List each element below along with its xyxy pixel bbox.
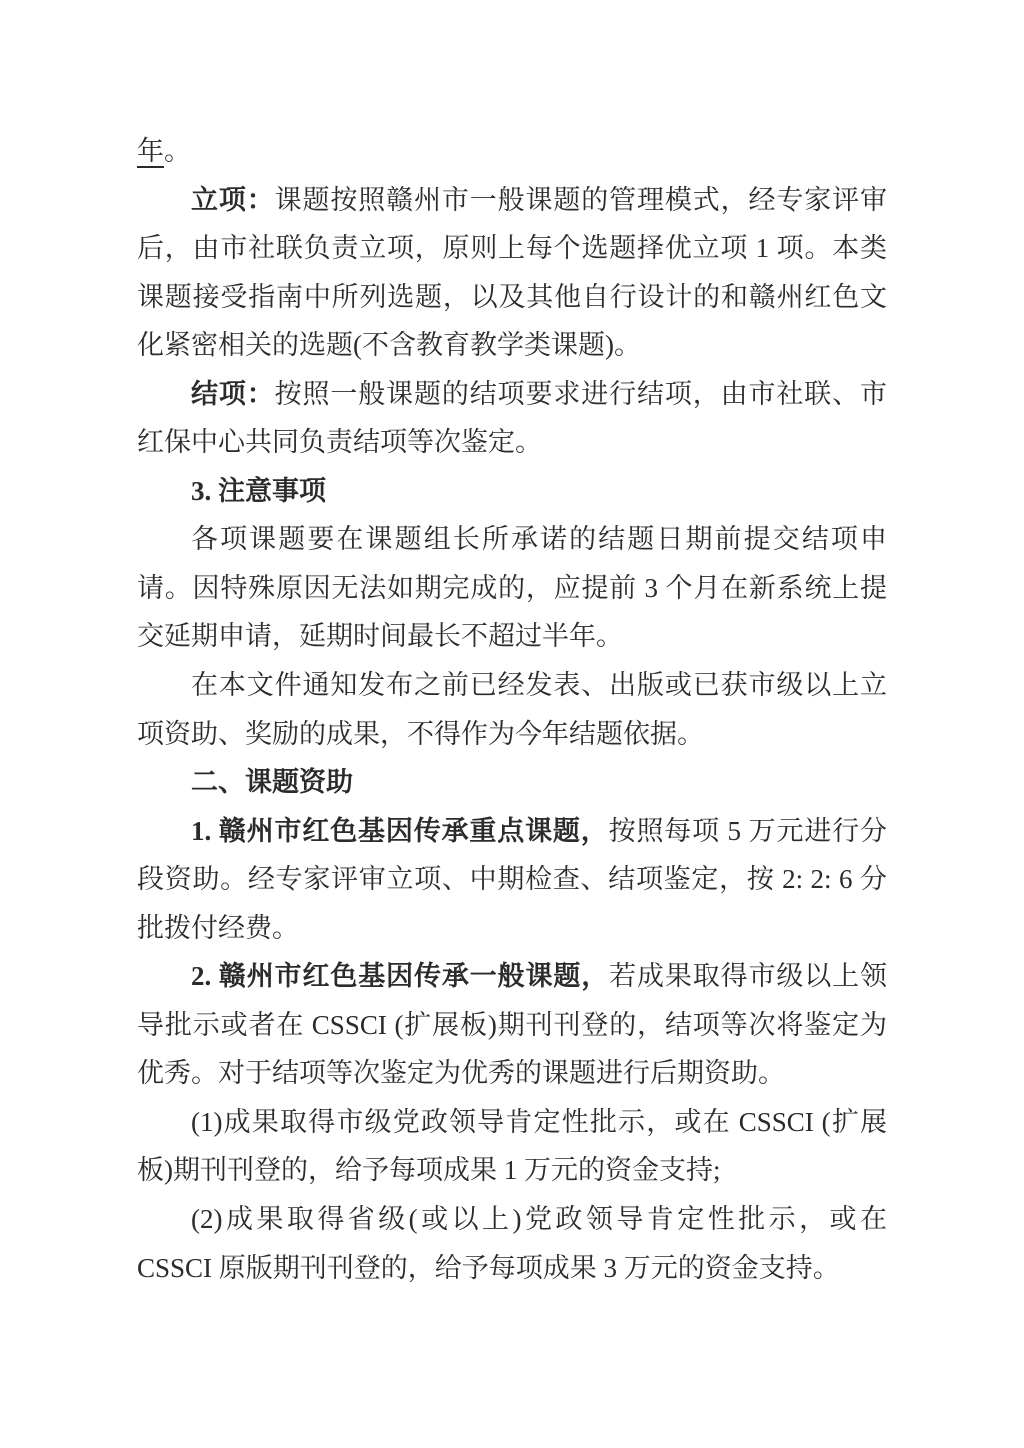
text-run: 各项课题要在课题组长所承诺的结题日期前提交结项申请。因特殊原因无法如期完成的，应… xyxy=(137,524,887,651)
text-run-bold: 结项： xyxy=(191,379,275,409)
text-run-bold: 二、课题资助 xyxy=(191,767,353,797)
text-run-bold: 3. 注意事项 xyxy=(191,476,326,506)
text-run-bold: 立项： xyxy=(191,185,275,215)
paragraph-year-end: 年。 xyxy=(137,127,887,176)
text-run: (2)成果取得省级(或以上)党政领导肯定性批示，或在 CSSCI 原版期刊刊登的… xyxy=(137,1204,887,1283)
paragraph-funding-item-2: (2)成果取得省级(或以上)党政领导肯定性批示，或在 CSSCI 原版期刊刊登的… xyxy=(137,1195,887,1292)
text-run: 在本文件通知发布之前已经发表、出版或已获市级以上立项资助、奖励的成果，不得作为今… xyxy=(137,670,887,749)
paragraph-key-project-funding: 1. 赣州市红色基因传承重点课题，按照每项 5 万元进行分段资助。经专家评审立项… xyxy=(137,807,887,953)
heading-notes: 3. 注意事项 xyxy=(137,467,887,516)
paragraph-jiexiang: 结项：按照一般课题的结项要求进行结项，由市社联、市红保中心共同负责结项等次鉴定。 xyxy=(137,370,887,467)
paragraph-notes-prior-results: 在本文件通知发布之前已经发表、出版或已获市级以上立项资助、奖励的成果，不得作为今… xyxy=(137,661,887,758)
text-run-bold: 1. 赣州市红色基因传承重点课题， xyxy=(191,816,609,846)
document-page: 年。 立项：课题按照赣州市一般课题的管理模式，经专家评审后，由市社联负责立项，原… xyxy=(0,0,1024,1448)
paragraph-funding-item-1: (1)成果取得市级党政领导肯定性批示，或在 CSSCI (扩展板)期刊刊登的，给… xyxy=(137,1098,887,1195)
paragraph-general-project-funding: 2. 赣州市红色基因传承一般课题，若成果取得市级以上领导批示或者在 CSSCI … xyxy=(137,952,887,1098)
heading-funding: 二、课题资助 xyxy=(137,758,887,807)
paragraph-lixiang: 立项：课题按照赣州市一般课题的管理模式，经专家评审后，由市社联负责立项，原则上每… xyxy=(137,176,887,370)
text-run: (1)成果取得市级党政领导肯定性批示，或在 CSSCI (扩展板)期刊刊登的，给… xyxy=(137,1107,887,1186)
text-run-underlined: 年 xyxy=(137,136,164,166)
text-run: 。 xyxy=(164,136,191,166)
document-body: 年。 立项：课题按照赣州市一般课题的管理模式，经专家评审后，由市社联负责立项，原… xyxy=(137,127,887,1292)
text-run-bold: 2. 赣州市红色基因传承一般课题， xyxy=(191,961,609,991)
paragraph-notes-deadline: 各项课题要在课题组长所承诺的结题日期前提交结项申请。因特殊原因无法如期完成的，应… xyxy=(137,515,887,661)
